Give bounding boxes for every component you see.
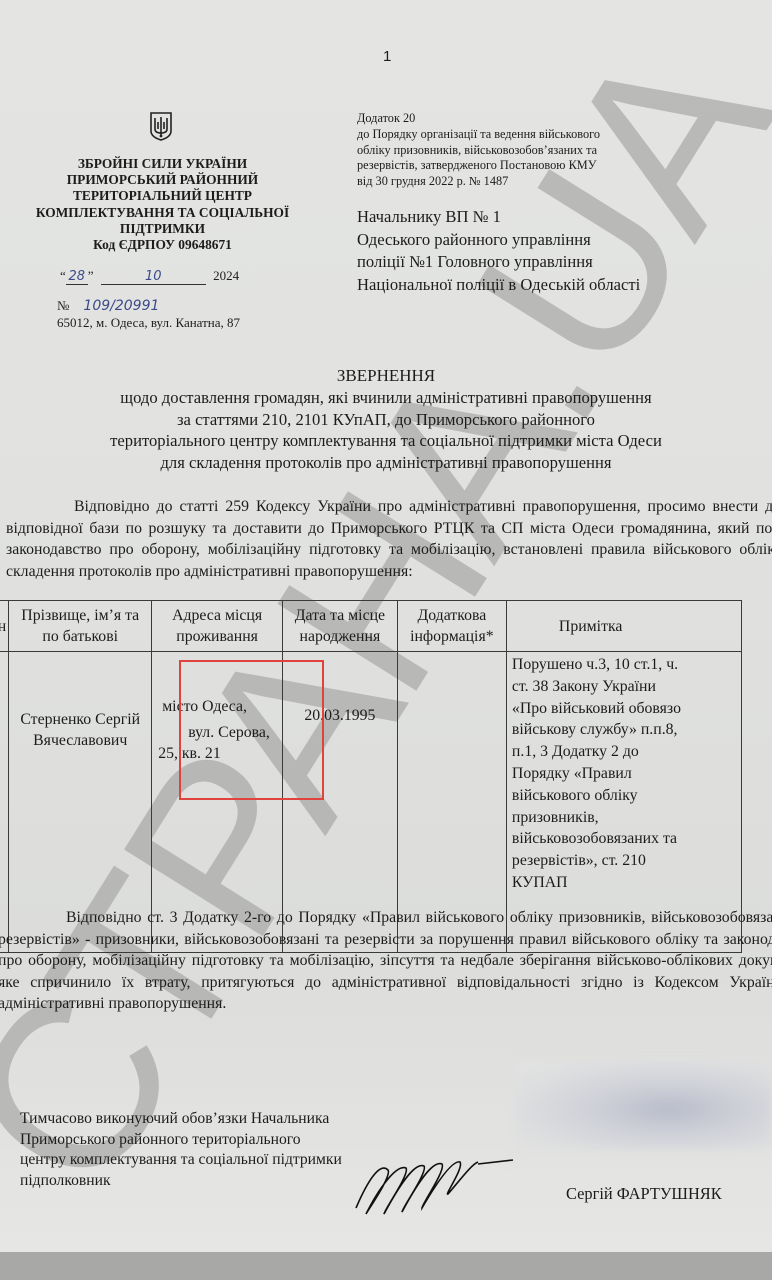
org-line: КОМПЛЕКТУВАННЯ ТА СОЦІАЛЬНОЇ — [20, 205, 305, 221]
handwritten-signature — [348, 1140, 518, 1220]
blurred-stamp — [515, 1060, 772, 1150]
col-header-address: Адреса місцяпроживання — [152, 601, 283, 652]
org-line: ТЕРИТОРІАЛЬНИЙ ЦЕНТР — [20, 188, 305, 204]
appendix-note: Додаток 20 до Порядку організації та вед… — [357, 111, 677, 190]
body-paragraph-1: Відповідно до статті 259 Кодексу України… — [6, 496, 772, 582]
table-header-row: /н Прізвище, ім’я тапо батькові Адреса м… — [0, 601, 742, 652]
sender-address: 65012, м. Одеса, вул. Канатна, 87 — [57, 315, 240, 331]
page-number: 1 — [383, 48, 391, 65]
date-month: 10 — [101, 269, 206, 285]
edrpou-code: Код ЄДРПОУ 09648671 — [20, 237, 305, 253]
recipient-block: Начальнику ВП № 1 Одеського районного уп… — [357, 206, 737, 296]
document-page: СТРАНА.UA 1 ЗБРОЙНІ СИЛИ УКРАЇНИ ПРИМОРС… — [0, 0, 772, 1255]
document-subtitle: щодо доставлення громадян, які вчинили а… — [0, 387, 772, 474]
date-day: 28 — [66, 269, 88, 285]
col-header-name: Прізвище, ім’я тапо батькові — [9, 601, 152, 652]
citizens-table: /н Прізвище, ім’я тапо батькові Адреса м… — [0, 600, 742, 953]
org-line: ЗБРОЙНІ СИЛИ УКРАЇНИ — [20, 156, 305, 172]
body-paragraph-2: Відповідно ст. 3 Додатку 2-го до Порядку… — [0, 907, 772, 1015]
signature-block: Тимчасово виконуючий обов’язки Начальник… — [20, 1109, 342, 1191]
date-year: 2024 — [213, 268, 239, 283]
org-line: ПРИМОРСЬКИЙ РАЙОННИЙ — [20, 172, 305, 188]
background-surface — [0, 1252, 772, 1280]
org-line: ПІДТРИМКИ — [20, 221, 305, 237]
col-header-additional: Додатковаінформація* — [397, 601, 506, 652]
organization-header: ЗБРОЙНІ СИЛИ УКРАЇНИ ПРИМОРСЬКИЙ РАЙОННИ… — [20, 156, 305, 253]
registration-number: №109/20991 — [57, 298, 267, 314]
col-header-number: /н — [0, 601, 9, 652]
col-header-note: Примітка — [506, 601, 741, 652]
trident-icon — [149, 111, 173, 141]
document-date: “28” 10 2024 — [60, 268, 290, 285]
document-title: ЗВЕРНЕННЯ — [0, 366, 772, 386]
signer-name: Сергій ФАРТУШНЯК — [566, 1184, 722, 1204]
address-highlight-box — [179, 660, 324, 800]
col-header-birth: Дата та місценародження — [282, 601, 397, 652]
